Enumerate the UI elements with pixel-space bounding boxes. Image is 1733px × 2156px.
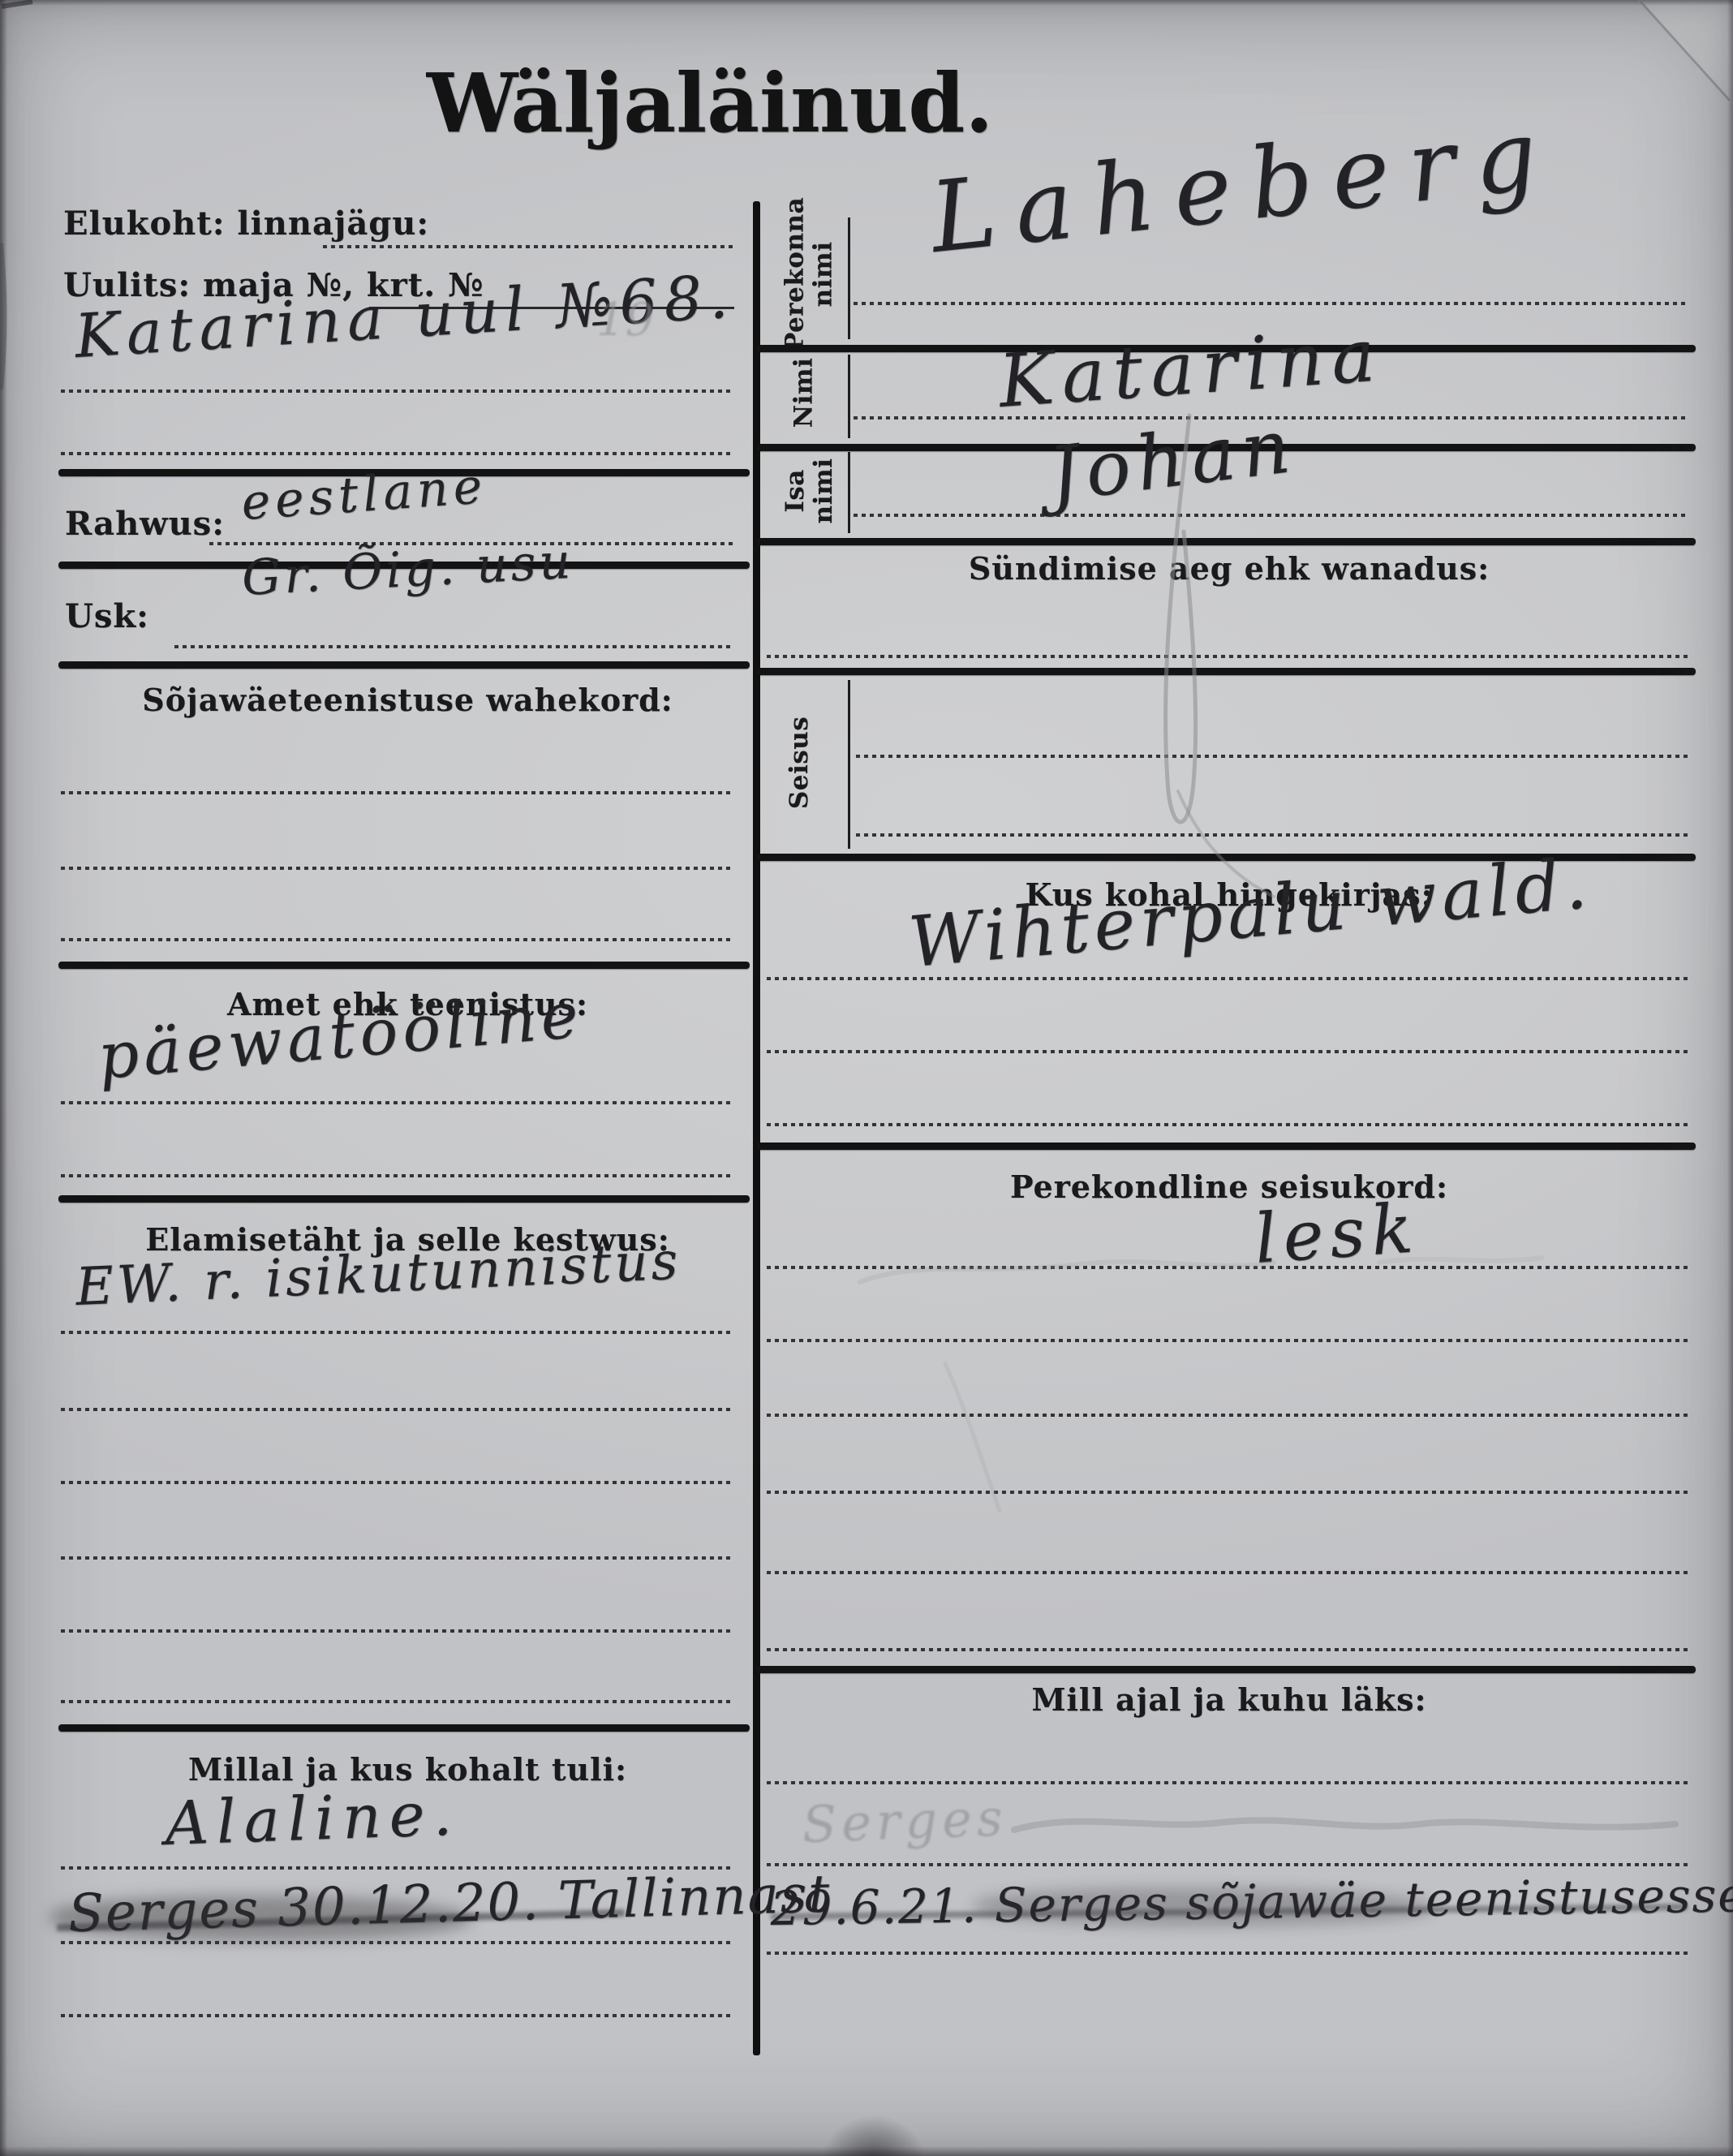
thick-rule xyxy=(58,1724,750,1732)
dotted-rule xyxy=(767,655,1692,658)
thick-rule xyxy=(756,1143,1696,1150)
father-value-handwriting: Johan xyxy=(1044,402,1301,519)
torn-corner xyxy=(1637,0,1733,107)
departure-label: Mill ajal ja kuhu läks: xyxy=(763,1681,1696,1718)
dotted-rule xyxy=(61,1556,734,1560)
dotted-rule xyxy=(61,452,734,455)
dotted-rule xyxy=(767,1952,1692,1955)
dotted-rule xyxy=(61,1941,734,1944)
father-vertical-label: Isa nimi xyxy=(765,450,854,531)
street-pencil-note: 19 xyxy=(596,294,654,346)
dotted-rule xyxy=(767,1648,1692,1651)
label-divider xyxy=(848,217,850,339)
dotted-rule xyxy=(61,1629,734,1633)
label-divider xyxy=(848,355,850,438)
dotted-rule xyxy=(767,1781,1692,1784)
dotted-rule xyxy=(61,2014,734,2017)
dotted-rule xyxy=(61,1700,734,1703)
thick-rule xyxy=(756,1666,1696,1673)
dotted-rule xyxy=(61,1481,734,1484)
paper-edge-left xyxy=(0,0,7,2156)
dotted-rule xyxy=(767,1491,1692,1494)
dotted-rule xyxy=(174,645,734,648)
birth-date-label: Sündimise aeg ehk wanadus: xyxy=(763,550,1696,587)
dotted-rule xyxy=(767,1123,1692,1126)
arrival-value-handwriting: Alaline. xyxy=(164,1779,461,1859)
name-value-handwriting: Katarina xyxy=(996,312,1386,424)
registry-value-handwriting: Wihterpalu wald. xyxy=(905,843,1594,983)
dotted-rule xyxy=(767,977,1692,980)
military-status-label: Sõjawäeteenistuse wahekord: xyxy=(61,682,755,718)
label-divider xyxy=(848,680,850,849)
form-title: Wäljaläinud. xyxy=(243,55,1176,151)
thick-rule xyxy=(58,1195,750,1203)
paper-edge-right xyxy=(1727,0,1733,2156)
departure-pencil-note: Serges xyxy=(801,1788,1008,1854)
dotted-rule xyxy=(61,1331,734,1334)
thick-rule xyxy=(756,668,1696,675)
dotted-rule xyxy=(856,755,1692,758)
estate-vertical-label: Seisus xyxy=(771,678,828,848)
dotted-rule xyxy=(767,1414,1692,1417)
dotted-rule xyxy=(323,245,734,248)
thick-rule xyxy=(756,538,1696,545)
dotted-rule xyxy=(61,389,734,393)
thick-rule xyxy=(58,962,750,969)
paper-edge-top xyxy=(0,0,1733,6)
thick-rule xyxy=(58,661,750,669)
surname-vertical-label: Perekonna nimi xyxy=(764,200,855,350)
dotted-rule xyxy=(856,833,1692,837)
dotted-rule xyxy=(61,1408,734,1411)
dotted-rule xyxy=(767,1050,1692,1053)
dotted-rule xyxy=(767,1863,1692,1866)
dotted-rule xyxy=(767,1571,1692,1574)
dotted-rule xyxy=(767,1339,1692,1342)
paper-tear-notch xyxy=(821,2115,927,2156)
dotted-rule xyxy=(61,1101,734,1104)
dotted-rule xyxy=(61,1174,734,1177)
name-vertical-label: Nimi xyxy=(778,342,830,444)
dotted-rule xyxy=(854,302,1689,305)
religion-label: Usk: xyxy=(65,597,149,635)
label-divider xyxy=(848,452,850,533)
dotted-rule xyxy=(61,938,734,941)
family-status-label: Perekondline seisukord: xyxy=(763,1168,1696,1205)
dotted-rule xyxy=(767,1266,1692,1269)
dotted-rule xyxy=(61,867,734,870)
scanned-document: Wäljaläinud. Elukoht: linnajägu: Uulits:… xyxy=(0,0,1733,2156)
nationality-label: Rahwus: xyxy=(65,505,225,543)
dotted-rule xyxy=(854,514,1689,517)
residence-label: Elukoht: linnajägu: xyxy=(63,204,429,243)
dotted-rule xyxy=(61,791,734,794)
